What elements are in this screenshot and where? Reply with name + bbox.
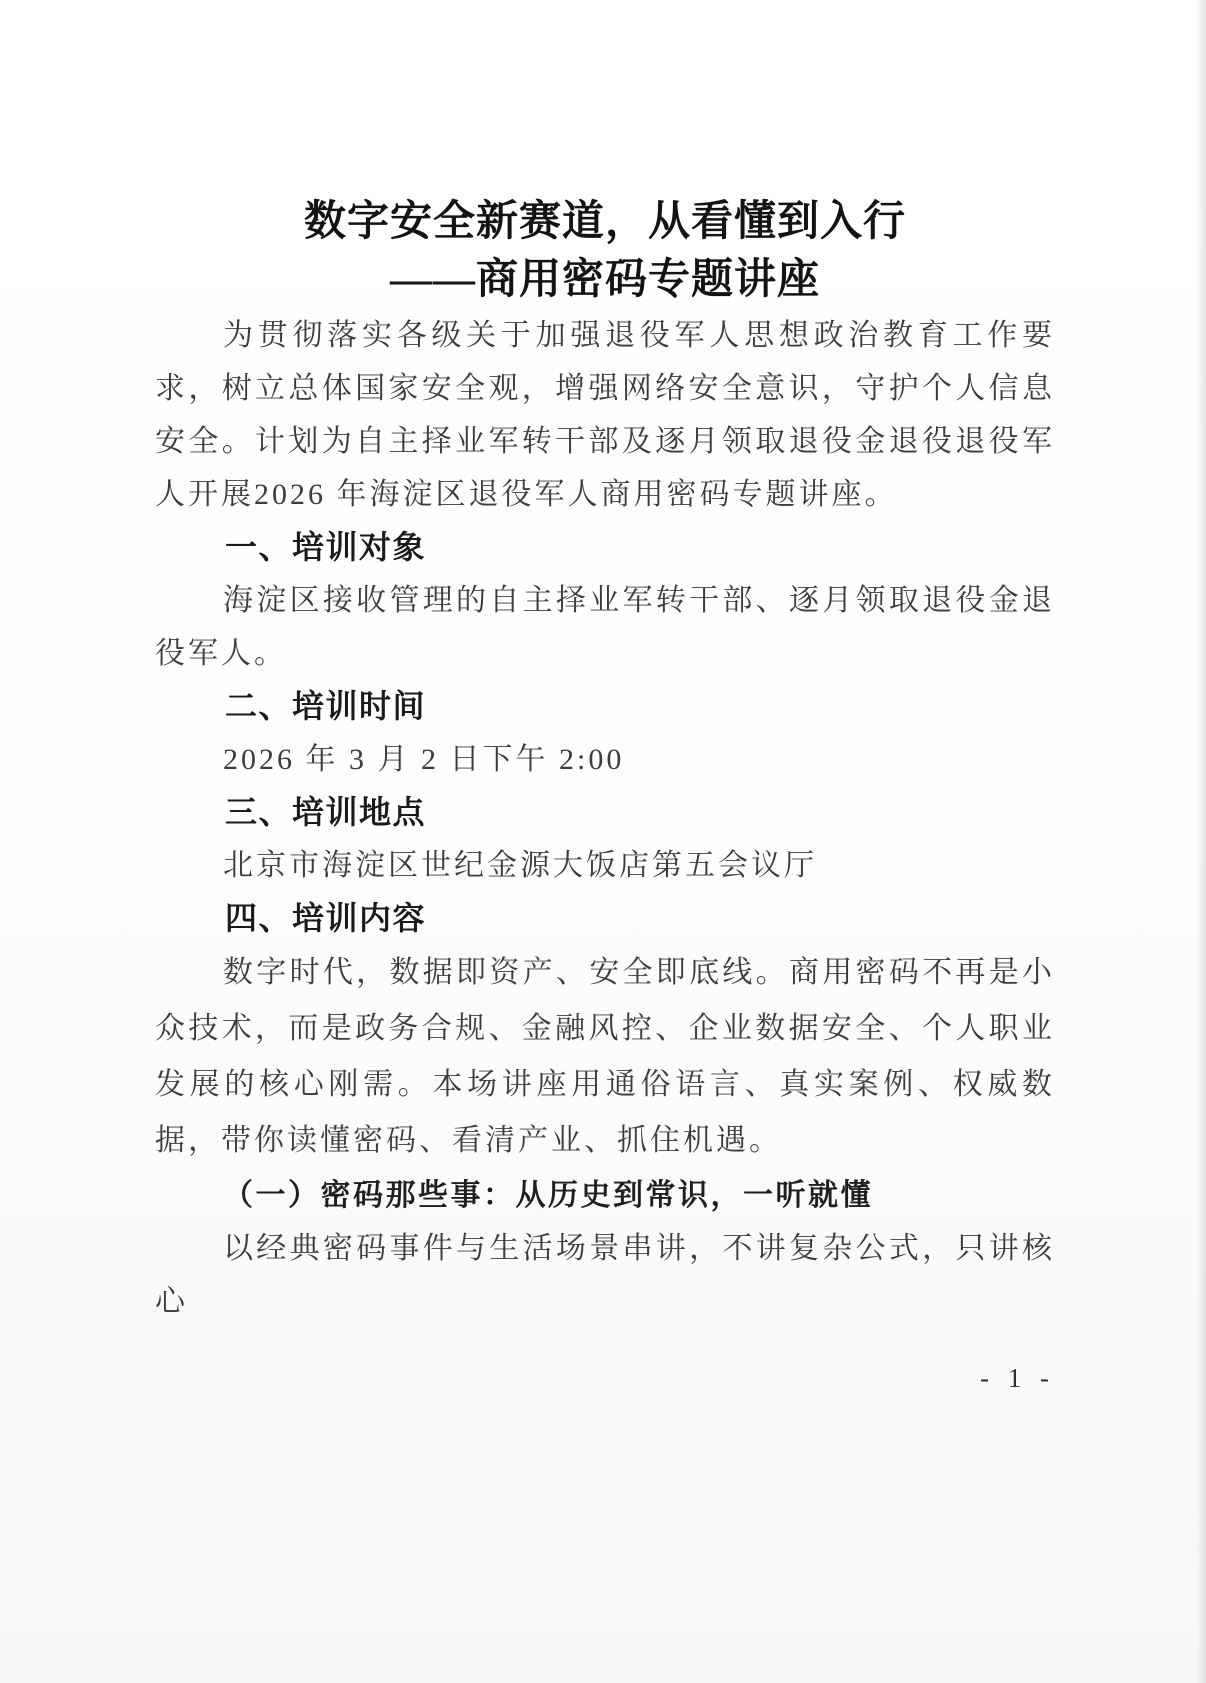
section-body-training-location: 北京市海淀区世纪金源大饭店第五会议厅 xyxy=(155,839,1055,892)
section-body-training-content: 数字时代，数据即资产、安全即底线。商用密码不再是小众技术，而是政务合规、金融风控… xyxy=(155,945,1055,1169)
subsection-body-crypto-basics: 以经典密码事件与生活场景串讲，不讲复杂公式，只讲核心 xyxy=(155,1222,1055,1328)
subsection-heading-crypto-basics: （一）密码那些事：从历史到常识，一听就懂 xyxy=(155,1169,1055,1222)
section-heading-training-audience: 一、培训对象 xyxy=(155,521,1055,574)
doc-title-line1: 数字安全新赛道，从看懂到入行 xyxy=(155,193,1055,251)
intro-paragraph: 为贯彻落实各级关于加强退役军人思想政治教育工作要求，树立总体国家安全观，增强网络… xyxy=(155,309,1055,521)
section-body-training-audience: 海淀区接收管理的自主择业军转干部、逐月领取退役金退役军人。 xyxy=(155,574,1055,680)
section-body-training-time: 2026 年 3 月 2 日下午 2:00 xyxy=(155,733,1055,786)
page-number: - 1 - xyxy=(155,1358,1055,1398)
section-heading-training-content: 四、培训内容 xyxy=(155,892,1055,945)
doc-title-line2: ——商用密码专题讲座 xyxy=(155,251,1055,309)
section-heading-training-location: 三、培训地点 xyxy=(155,786,1055,839)
document-page: 数字安全新赛道，从看懂到入行 ——商用密码专题讲座 为贯彻落实各级关于加强退役军… xyxy=(0,0,1206,1683)
section-heading-training-time: 二、培训时间 xyxy=(155,680,1055,733)
